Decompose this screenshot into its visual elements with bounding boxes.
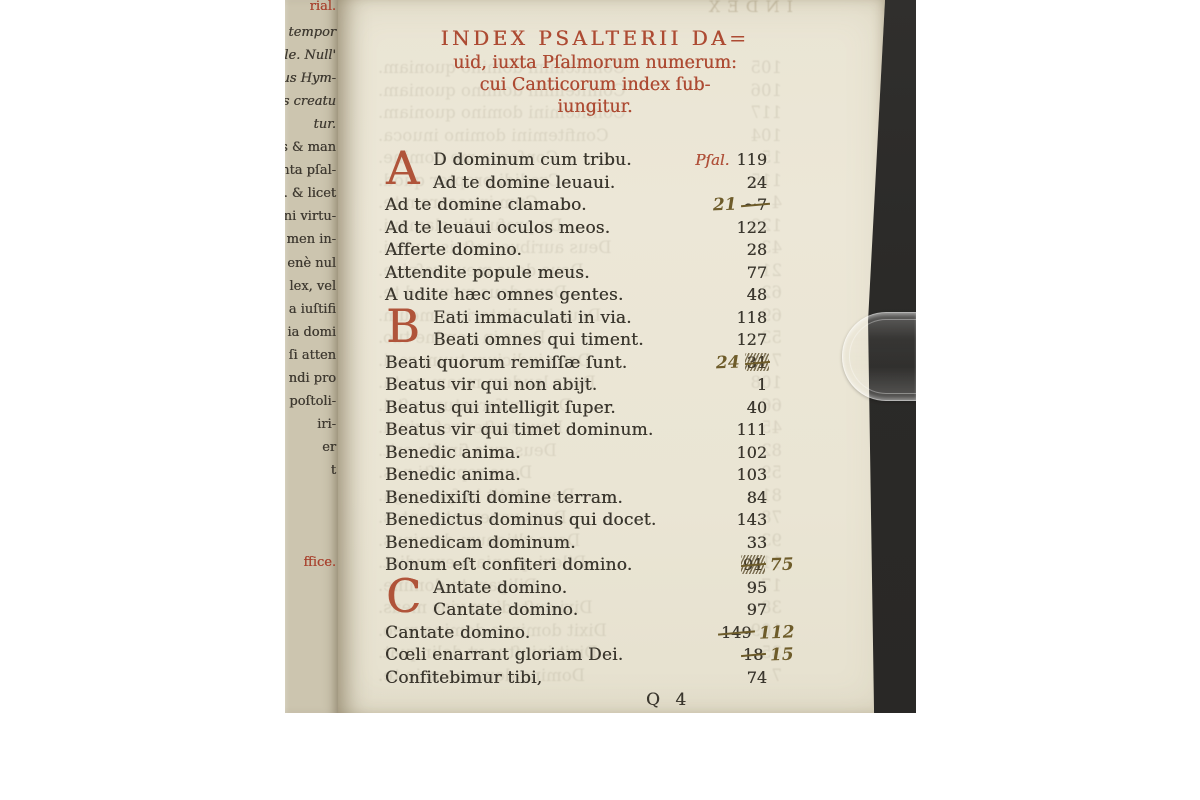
prev-page-fragment: tur. <box>313 118 336 132</box>
entry-number-zone: 1815 <box>743 644 767 667</box>
entry-incipit: Beati quorum remiſſæ ſunt. <box>385 352 627 375</box>
entry-incipit: Beati omnes qui timent. <box>385 329 644 352</box>
prev-page-fragment: ius Hym- <box>285 72 336 86</box>
psal-label: Pſal. <box>695 149 729 172</box>
entry-row: Attendite popule meus.77 <box>385 262 767 285</box>
entry-incipit: Beatus qui intelligit ſuper. <box>385 397 616 420</box>
psalm-number: 118 <box>736 307 767 330</box>
signature-mark: Q 4 <box>646 690 691 710</box>
entry-number-zone: 84 <box>747 487 767 510</box>
struck-psalm-number: 31 <box>747 352 767 375</box>
psalm-number: 122 <box>736 217 767 240</box>
prev-page-fragment: ndi pro <box>289 372 336 386</box>
entry-number-zone: Pſal.119 <box>695 149 767 172</box>
entry-number-zone: 28 <box>747 239 767 262</box>
entry-row: Cantate domino.97 <box>385 599 767 622</box>
entry-incipit: Benedic anima. <box>385 464 521 487</box>
entry-number-zone: 33 <box>747 532 767 555</box>
prev-page-fragment: t <box>331 464 336 478</box>
entry-number-zone: 40 <box>747 397 767 420</box>
prev-page-fragment-red: ffice. <box>304 556 337 570</box>
prev-page-fragment: enè nul <box>287 257 336 271</box>
prev-page-fragment: alle. Null' <box>285 49 336 63</box>
entry-row: Benedicam dominum.33 <box>385 532 767 555</box>
psalm-number: 28 <box>747 239 767 262</box>
entry-incipit: Beatus vir qui non abijt. <box>385 374 597 397</box>
entry-incipit: Eati immaculati in via. <box>385 307 632 330</box>
struck-psalm-number: 149 <box>721 622 752 645</box>
entry-row: Benedic anima.103 <box>385 464 767 487</box>
prev-page-fragment: iri- <box>317 418 336 432</box>
book-page: INDEX 105Confitemini domino quoniam.106C… <box>338 0 885 713</box>
entry-number-zone: 97 <box>747 599 767 622</box>
entry-number-zone: 95 <box>747 577 767 600</box>
handwritten-correction: 112 <box>758 621 794 645</box>
entry-incipit: Ad te domine leuaui. <box>385 172 615 195</box>
entry-incipit: A udite hæc omnes gentes. <box>385 284 624 307</box>
psalm-number: 111 <box>736 419 767 442</box>
showthrough-running-title: INDEX <box>643 0 793 16</box>
psalm-number: 103 <box>736 464 767 487</box>
showthrough-number: 104 <box>751 128 783 145</box>
book-scan-photo: rial.is temporalle. Null'ius Hym-nis cre… <box>285 0 916 713</box>
entry-row: Ad te domine leuaui.24 <box>385 172 767 195</box>
handwritten-correction: 75 <box>770 554 794 577</box>
psalm-number: 1 <box>757 374 767 397</box>
prev-page-fragment: er <box>322 441 336 455</box>
entry-number-zone: 74 <box>747 667 767 690</box>
psalm-number: 102 <box>736 442 767 465</box>
entry-row: Beatus vir qui timet dominum.111 <box>385 419 767 442</box>
psalm-number: 119 <box>736 149 767 172</box>
prev-page-fragment: men in- <box>287 233 336 247</box>
entry-incipit: Cantate domino. <box>385 622 530 645</box>
index-heading-line3: cui Canticorum index ſub- <box>380 75 810 95</box>
drop-cap-initial: A <box>386 147 419 189</box>
entry-incipit: Bonum eſt confiteri domino. <box>385 554 632 577</box>
prev-page-fragment: ſi atten <box>289 349 336 363</box>
entry-incipit: Benedictus dominus qui docet. <box>385 509 656 532</box>
drop-cap-initial: C <box>386 575 421 617</box>
entry-row: Cantate domino.149112 <box>385 622 767 645</box>
struck-psalm-number: ~7 <box>743 194 767 217</box>
entry-row: Beatus qui intelligit ſuper.40 <box>385 397 767 420</box>
entry-row: Benedictus dominus qui docet.143 <box>385 509 767 532</box>
entry-number-zone: 1 <box>757 374 767 397</box>
entry-row: Confitebimur tibi,74 <box>385 667 767 690</box>
prev-page-fragment: ni virtu- <box>285 210 336 224</box>
prev-page-fragment: ia domi <box>287 326 336 340</box>
entry-number-zone: 21~7 <box>713 194 767 217</box>
entry-number-zone: 143 <box>736 509 767 532</box>
index-heading-line1: INDEX PSALTERII DA= <box>380 26 810 50</box>
entry-number-zone: 48 <box>747 284 767 307</box>
index-heading: INDEX PSALTERII DA= uid, iuxta Pſalmorum… <box>380 26 810 117</box>
entry-incipit: Ad te leuaui oculos meos. <box>385 217 610 240</box>
psalm-number: 40 <box>747 397 767 420</box>
prev-page-fragment: lex, vel <box>289 280 336 294</box>
prev-page-fragment-red: rial. <box>310 0 336 14</box>
page-retaining-clip-highlight <box>849 319 916 394</box>
entry-incipit: Confitebimur tibi, <box>385 667 542 690</box>
psalm-number: 95 <box>747 577 767 600</box>
entry-number-zone: 149112 <box>721 622 767 645</box>
psalm-number: 143 <box>736 509 767 532</box>
psalm-number: 77 <box>747 262 767 285</box>
entry-row: Benedixiſti domine terram.84 <box>385 487 767 510</box>
psalm-number: 33 <box>747 532 767 555</box>
entry-number-zone: 111 <box>736 419 767 442</box>
handwritten-correction: 21 <box>712 194 736 217</box>
psalm-number: 84 <box>747 487 767 510</box>
entry-incipit: Cœli enarrant gloriam Dei. <box>385 644 623 667</box>
index-entry-list: AD dominum cum tribu.Pſal.119Ad te domin… <box>385 149 767 689</box>
prev-page-fragment: a iuſtifi <box>289 303 336 317</box>
entry-incipit: Benedicam dominum. <box>385 532 576 555</box>
entry-number-zone: 103 <box>736 464 767 487</box>
struck-psalm-number: 91 <box>743 554 763 577</box>
entry-incipit: D dominum cum tribu. <box>385 149 632 172</box>
struck-psalm-number: 18 <box>743 644 763 667</box>
showthrough-number: 7 <box>772 668 783 685</box>
prev-page-fragment: anta pſal- <box>285 164 336 178</box>
psalm-number: 48 <box>747 284 767 307</box>
prev-page-fragment: s & man <box>285 141 336 155</box>
entry-number-zone: 2431 <box>716 352 767 375</box>
entry-row: Afferte domino.28 <box>385 239 767 262</box>
prev-page-fragment: is tempor <box>285 26 336 40</box>
entry-number-zone: 77 <box>747 262 767 285</box>
entry-row: AD dominum cum tribu.Pſal.119 <box>385 149 767 172</box>
prev-page-fragment: nis creatu <box>285 95 336 109</box>
prev-page-fragment: . & licet <box>285 187 336 201</box>
prev-page-fragment: poſtoli- <box>289 395 336 409</box>
psalm-number: 127 <box>736 329 767 352</box>
handwritten-correction: 24 <box>716 351 740 374</box>
entry-row: Beati quorum remiſſæ ſunt.2431 <box>385 352 767 375</box>
entry-row: Beati omnes qui timent.127 <box>385 329 767 352</box>
entry-incipit: Attendite popule meus. <box>385 262 590 285</box>
entry-row: A udite hæc omnes gentes.48 <box>385 284 767 307</box>
psalm-number: 97 <box>747 599 767 622</box>
entry-incipit: Benedic anima. <box>385 442 521 465</box>
entry-row: BEati immaculati in via.118 <box>385 307 767 330</box>
index-heading-line2: uid, iuxta Pſalmorum numerum: <box>380 53 810 73</box>
entry-row: Bonum eſt confiteri domino.9175 <box>385 554 767 577</box>
entry-row: Cœli enarrant gloriam Dei.1815 <box>385 644 767 667</box>
entry-incipit: Ad te domine clamabo. <box>385 194 587 217</box>
screenshot-canvas: rial.is temporalle. Null'ius Hym-nis cre… <box>0 0 1200 800</box>
handwritten-correction: 15 <box>770 644 794 667</box>
psalm-number: 24 <box>747 172 767 195</box>
entry-number-zone: 122 <box>736 217 767 240</box>
entry-number-zone: 102 <box>736 442 767 465</box>
entry-incipit: Beatus vir qui timet dominum. <box>385 419 653 442</box>
entry-incipit: Afferte domino. <box>385 239 522 262</box>
showthrough-number: 4 <box>772 195 783 212</box>
psalm-number: 74 <box>747 667 767 690</box>
entry-row: CAntate domino.95 <box>385 577 767 600</box>
entry-number-zone: 118 <box>736 307 767 330</box>
entry-row: Benedic anima.102 <box>385 442 767 465</box>
entry-row: Ad te leuaui oculos meos.122 <box>385 217 767 240</box>
drop-cap-initial: B <box>386 305 420 347</box>
showthrough-line: 104Confitemini domino inuoca. <box>378 128 782 145</box>
entry-number-zone: 24 <box>747 172 767 195</box>
entry-number-zone: 9175 <box>743 554 767 577</box>
entry-number-zone: 127 <box>736 329 767 352</box>
previous-page-edge: rial.is temporalle. Null'ius Hym-nis cre… <box>285 0 338 713</box>
entry-row: Ad te domine clamabo.21~7 <box>385 194 767 217</box>
entry-incipit: Benedixiſti domine terram. <box>385 487 623 510</box>
index-heading-line4: iungitur. <box>380 97 810 117</box>
entry-row: Beatus vir qui non abijt.1 <box>385 374 767 397</box>
